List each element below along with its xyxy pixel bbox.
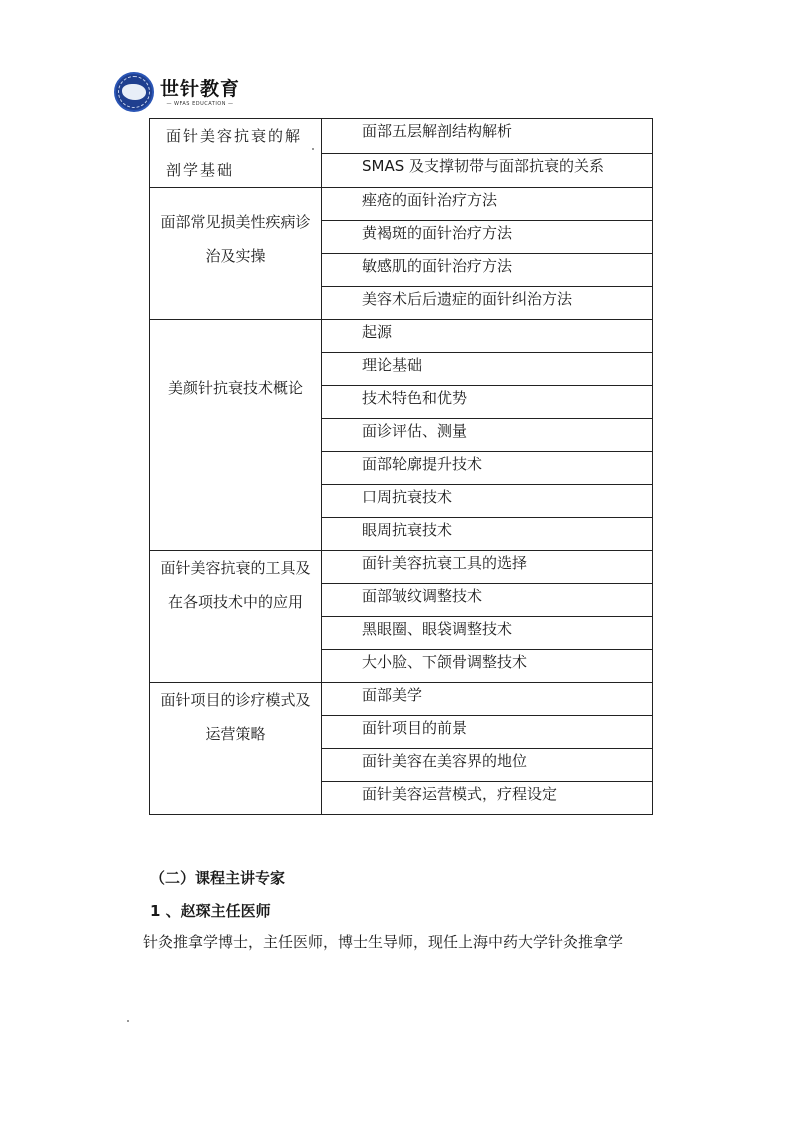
topic-cell: 美颜针抗衰技术概论 <box>150 320 322 551</box>
table-row: 面针项目的诊疗模式及运营策略面部美学 <box>150 683 653 716</box>
item-cell: 面部美学 <box>322 683 653 716</box>
item-cell: 口周抗衰技术 <box>322 485 653 518</box>
item-cell: 面部五层解剖结构解析 <box>322 119 653 154</box>
item-cell: 面针美容抗衰工具的选择 <box>322 551 653 584</box>
topic-label: 面针美容抗衰的工具及在各项技术中的应用 <box>150 551 321 619</box>
topic-cell: 面针美容抗衰的解剖学基础 <box>150 119 322 188</box>
item-cell: 理论基础 <box>322 353 653 386</box>
topic-label: 面针项目的诊疗模式及运营策略 <box>150 683 321 751</box>
item-cell: 起源 <box>322 320 653 353</box>
table-row: 面针美容抗衰的工具及在各项技术中的应用面针美容抗衰工具的选择 <box>150 551 653 584</box>
topic-cell: 面针项目的诊疗模式及运营策略 <box>150 683 322 815</box>
item-cell: 痤疮的面针治疗方法 <box>322 188 653 221</box>
item-cell: 黄褐斑的面针治疗方法 <box>322 221 653 254</box>
item-cell: SMAS 及支撑韧带与面部抗衰的关系 <box>322 153 653 188</box>
expert-title: 1 、赵琛主任医师 <box>150 900 271 921</box>
item-cell: 美容术后后遗症的面针纠治方法 <box>322 287 653 320</box>
logo-chinese-name: 世针教育 <box>160 78 240 100</box>
item-cell: 面针项目的前景 <box>322 716 653 749</box>
item-cell: 面部皱纹调整技术 <box>322 584 653 617</box>
course-table: 面针美容抗衰的解剖学基础面部五层解剖结构解析SMAS 及支撑韧带与面部抗衰的关系… <box>149 118 653 815</box>
table-row: 面部常见损美性疾病诊治及实操痤疮的面针治疗方法 <box>150 188 653 221</box>
item-cell: 面诊评估、测量 <box>322 419 653 452</box>
item-cell: 大小脸、下颌骨调整技术 <box>322 650 653 683</box>
topic-label: 美颜针抗衰技术概论 <box>150 320 321 405</box>
item-cell: 面部轮廓提升技术 <box>322 452 653 485</box>
item-cell: 眼周抗衰技术 <box>322 518 653 551</box>
item-cell: 技术特色和优势 <box>322 386 653 419</box>
expert-bio: 针灸推拿学博士，主任医师，博士生导师，现任上海中药大学针灸推拿学 <box>143 931 623 952</box>
topic-label: 面部常见损美性疾病诊治及实操 <box>150 188 321 273</box>
wfas-logo: 世针教育 — WFAS EDUCATION — <box>114 72 240 112</box>
item-cell: 面针美容运营模式，疗程设定 <box>322 782 653 815</box>
topic-cell: 面针美容抗衰的工具及在各项技术中的应用 <box>150 551 322 683</box>
globe-emblem-icon <box>114 72 154 112</box>
item-cell: 黑眼圈、眼袋调整技术 <box>322 617 653 650</box>
table-row: 面针美容抗衰的解剖学基础面部五层解剖结构解析 <box>150 119 653 154</box>
topic-label: 面针美容抗衰的解剖学基础 <box>156 119 321 187</box>
item-cell: 敏感肌的面针治疗方法 <box>322 254 653 287</box>
section-heading: （二）课程主讲专家 <box>150 867 285 888</box>
table-row: 美颜针抗衰技术概论起源 <box>150 320 653 353</box>
topic-cell: 面部常见损美性疾病诊治及实操 <box>150 188 322 320</box>
logo-english-name: — WFAS EDUCATION — <box>166 101 233 107</box>
item-cell: 面针美容在美容界的地位 <box>322 749 653 782</box>
